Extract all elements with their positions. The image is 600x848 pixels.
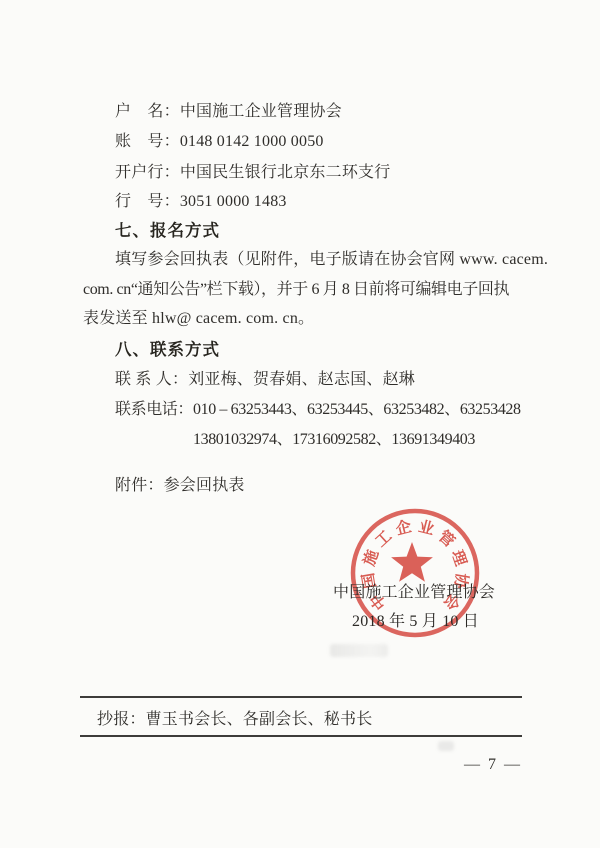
account-name-value: 中国施工企业管理协会: [180, 103, 342, 120]
account-name-label: 户 名：: [115, 103, 180, 120]
svg-text:工: 工: [372, 527, 395, 550]
svg-text:业: 业: [417, 517, 437, 538]
contact-phone-line-1: 联系电话：010 – 63253443、63253445、63253482、63…: [115, 400, 521, 420]
contact-phone-numbers-1: 010 – 63253443、63253445、63253482、6325342…: [193, 401, 521, 418]
attachment-label: 附件：: [115, 477, 164, 494]
footer-rule-top: [80, 696, 522, 698]
svg-text:企: 企: [394, 516, 414, 538]
bank-branch-line: 开户行：中国民生银行北京东二环支行: [115, 163, 390, 183]
attachment-value: 参会回执表: [164, 477, 245, 494]
contact-person-value: 刘亚梅、贺春娟、赵志国、赵琳: [188, 371, 415, 388]
account-number-line: 账 号：0148 0142 1000 0050: [115, 132, 324, 152]
account-name-line: 户 名：中国施工企业管理协会: [115, 102, 342, 122]
scan-artifact: [438, 741, 454, 751]
contact-phone-line-2: 13801032974、17316092582、13691349403: [193, 430, 475, 450]
footer-rule-bottom: [80, 735, 522, 737]
registration-text-line-3: 表发送至 hlw@ cacem. com. cn。: [83, 309, 314, 329]
bank-branch-label: 开户行：: [115, 164, 180, 181]
account-number-label: 账 号：: [115, 133, 180, 150]
svg-text:理: 理: [448, 548, 470, 569]
registration-text-line-2: com. cn“通知公告”栏下载），并于 6 月 8 日前将可编辑电子回执: [83, 280, 509, 300]
cc-line: 抄报：曹玉书会长、各副会长、秘书长: [97, 710, 372, 730]
contact-phone-label: 联系电话：: [115, 401, 193, 418]
page-number: — 7 —: [464, 755, 522, 775]
svg-text:管: 管: [435, 526, 460, 551]
attachment-line: 附件：参会回执表: [115, 476, 245, 496]
section-registration-heading: 七、报名方式: [115, 221, 220, 241]
account-number-value: 0148 0142 1000 0050: [180, 133, 324, 150]
contact-person-line: 联 系 人：刘亚梅、贺春娟、赵志国、赵琳: [115, 370, 415, 390]
bank-branch-value: 中国民生银行北京东二环支行: [180, 164, 391, 181]
scan-artifact: [330, 644, 388, 657]
document-page: 户 名：中国施工企业管理协会 账 号：0148 0142 1000 0050 开…: [0, 0, 600, 848]
section-contact-heading: 八、联系方式: [115, 340, 220, 360]
signature-organization: 中国施工企业管理协会: [333, 583, 495, 603]
registration-text-line-1: 填写参会回执表（见附件，电子版请在协会官网 www. cacem.: [115, 250, 548, 270]
svg-text:施: 施: [359, 547, 382, 568]
signature-date: 2018 年 5 月 10 日: [352, 612, 479, 632]
bank-number-label: 行 号：: [115, 193, 180, 210]
contact-person-label: 联 系 人：: [115, 371, 188, 388]
bank-number-value: 3051 0000 1483: [180, 193, 287, 210]
star-icon: [391, 542, 433, 582]
bank-number-line: 行 号：3051 0000 1483: [115, 192, 287, 212]
